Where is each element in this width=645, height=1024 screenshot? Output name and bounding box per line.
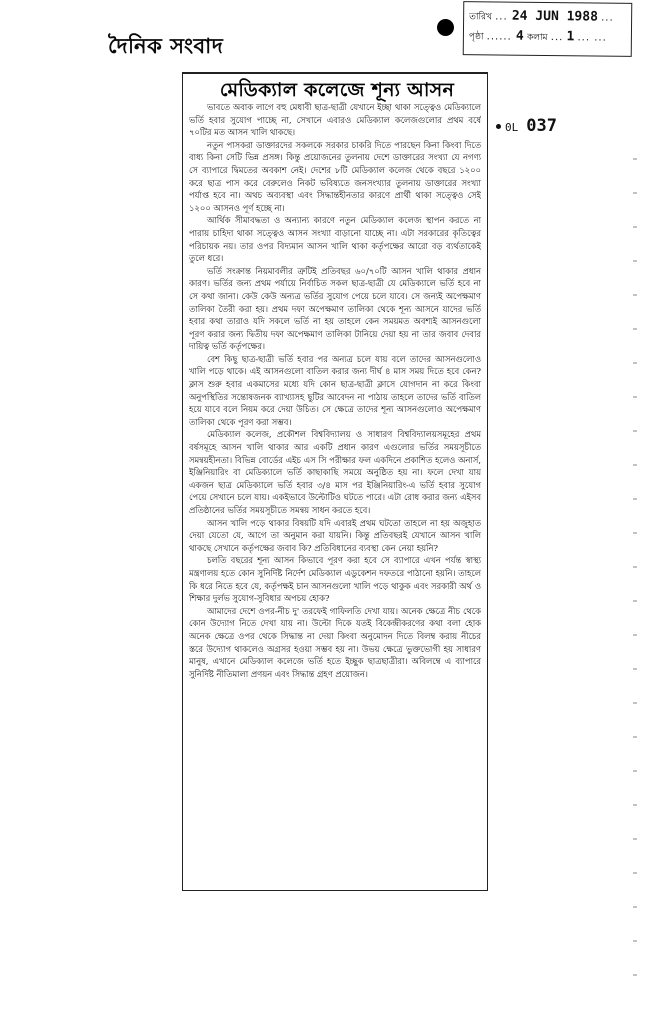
article-paragraph: আসন খালি পড়ে থাকার বিষয়টি যদি এবারই প্…: [189, 517, 481, 555]
stamp-column-value: 1: [566, 29, 574, 44]
article-paragraph: নতুন পাসকরা ডাক্তারদের সকলকে সরকার চাকরি…: [189, 139, 481, 215]
stamp-dots: ......: [487, 31, 516, 42]
article-paragraph: ভাবতে অবাক লাগে বহু মেধাবী ছাত্র-ছাত্রী …: [189, 101, 481, 139]
stamp-dots: ... ...: [577, 32, 606, 43]
punch-hole-mark: [437, 19, 454, 36]
stamp-dots: ...: [495, 11, 512, 22]
stamp-dots: ...: [551, 32, 564, 43]
archive-reference: 0L037: [496, 116, 557, 136]
stamp-page-row: পৃষ্ঠা ...... 4 কলাম ... 1 ... ...: [469, 28, 607, 45]
scan-edge-noise: [633, 140, 637, 1000]
article-paragraph: আমাদের দেশে ওপর-নীচ দু' তরফেই গাফিলতি দে…: [189, 605, 481, 681]
stamp-date-row: তারিখ ... 24 JUN 1988 ...: [469, 8, 614, 26]
stamp-date-value: 24 JUN 1988: [512, 9, 598, 25]
stamp-dots: ...: [601, 13, 614, 24]
stamp-page-value: 4: [516, 29, 524, 44]
article-paragraph: আর্থিক সীমাবদ্ধতা ও অন্যান্য কারণে নতুন …: [189, 214, 481, 264]
stamp-column-label: কলাম: [527, 33, 548, 43]
newspaper-clipping: মেডিক্যাল কলেজে শূন্য আসন ভাবতে অবাক লাগ…: [182, 72, 488, 891]
article-paragraph: মেডিক্যাল কলেজ, প্রকৌশল বিশ্ববিদ্যালয় ও…: [189, 428, 481, 516]
article-paragraph: ভর্তি সংক্রান্ত নিয়মাবলীর ত্রুটিই প্রতি…: [189, 265, 481, 353]
bullet-icon: [496, 124, 501, 129]
archive-stamp: তারিখ ... 24 JUN 1988 ... পৃষ্ঠা ...... …: [463, 1, 633, 57]
stamp-page-label: পৃষ্ঠা: [469, 32, 484, 42]
reference-prefix: 0L: [505, 121, 518, 134]
reference-number: 037: [526, 116, 557, 136]
article-body: ভাবতে অবাক লাগে বহু মেধাবী ছাত্র-ছাত্রী …: [189, 101, 481, 884]
article-paragraph: বেশ কিছু ছাত্র-ছাত্রী ভর্তি হবার পর অন্য…: [189, 353, 481, 429]
newspaper-masthead: দৈনিক সংবাদ: [108, 30, 223, 65]
stamp-date-label: তারিখ: [469, 12, 492, 22]
article-paragraph: চলতি বছরের শূন্য আসন কিভাবে পূরণ করা হবে…: [189, 554, 481, 604]
